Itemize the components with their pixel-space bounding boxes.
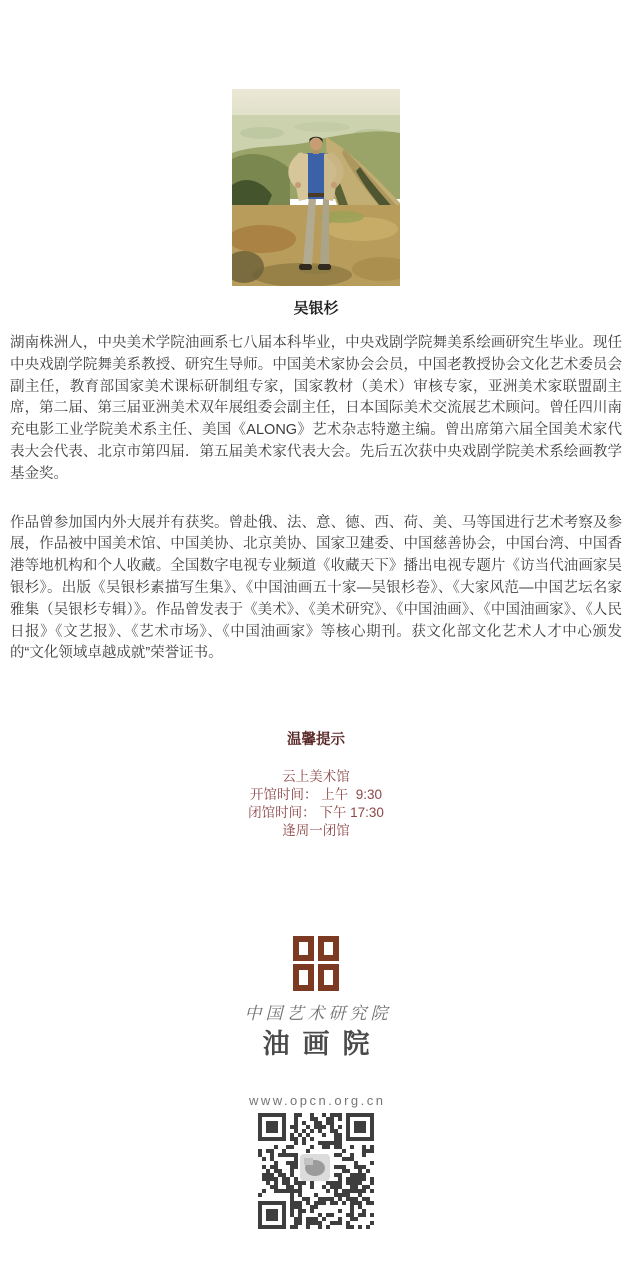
notice-title: 温馨提示 xyxy=(0,731,632,749)
pane-bottom-left xyxy=(293,964,314,991)
institute-logo xyxy=(0,936,632,991)
biography: 湖南株洲人，中央美术学院油画系七八届本科毕业，中央戏剧学院舞美系绘画研究生毕业。… xyxy=(0,333,632,665)
artist-photo-image xyxy=(232,89,400,286)
notice-line-gallery: 云上美术馆 xyxy=(0,768,632,786)
notice-line-open-time: 开馆时间： 上午 9:30 xyxy=(0,786,632,804)
bio-paragraph-2: 作品曾参加国内外大展并有获奖。曾赴俄、法、意、德、西、荷、美、马等国进行艺术考察… xyxy=(10,513,622,666)
pane-top-right xyxy=(318,936,339,961)
notice-lines: 云上美术馆 开馆时间： 上午 9:30 闭馆时间： 下午 17:30 逢周一闭馆 xyxy=(0,768,632,840)
article-page: 吴银杉 湖南株洲人，中央美术学院油画系七八届本科毕业，中央戏剧学院舞美系绘画研究… xyxy=(0,0,632,1264)
notice-line-close-time: 闭馆时间： 下午 17:30 xyxy=(0,804,632,822)
bio-paragraph-1: 湖南株洲人，中央美术学院油画系七八届本科毕业，中央戏剧学院舞美系绘画研究生毕业。… xyxy=(10,333,622,486)
artist-name: 吴银杉 xyxy=(0,299,632,318)
pane-bottom-right xyxy=(318,964,339,991)
qr-code-image xyxy=(258,1113,374,1229)
institute-script-name: 中国艺术研究院 xyxy=(0,1003,632,1025)
pane-top-left xyxy=(293,936,314,961)
notice-line-closed-monday: 逢周一闭馆 xyxy=(0,822,632,840)
window-panes-icon xyxy=(293,936,339,991)
artist-photo xyxy=(0,0,632,286)
qr-code xyxy=(0,1113,632,1229)
website-url: www.opcn.org.cn xyxy=(0,1094,632,1108)
institute-name: 油画院 xyxy=(0,1029,632,1059)
